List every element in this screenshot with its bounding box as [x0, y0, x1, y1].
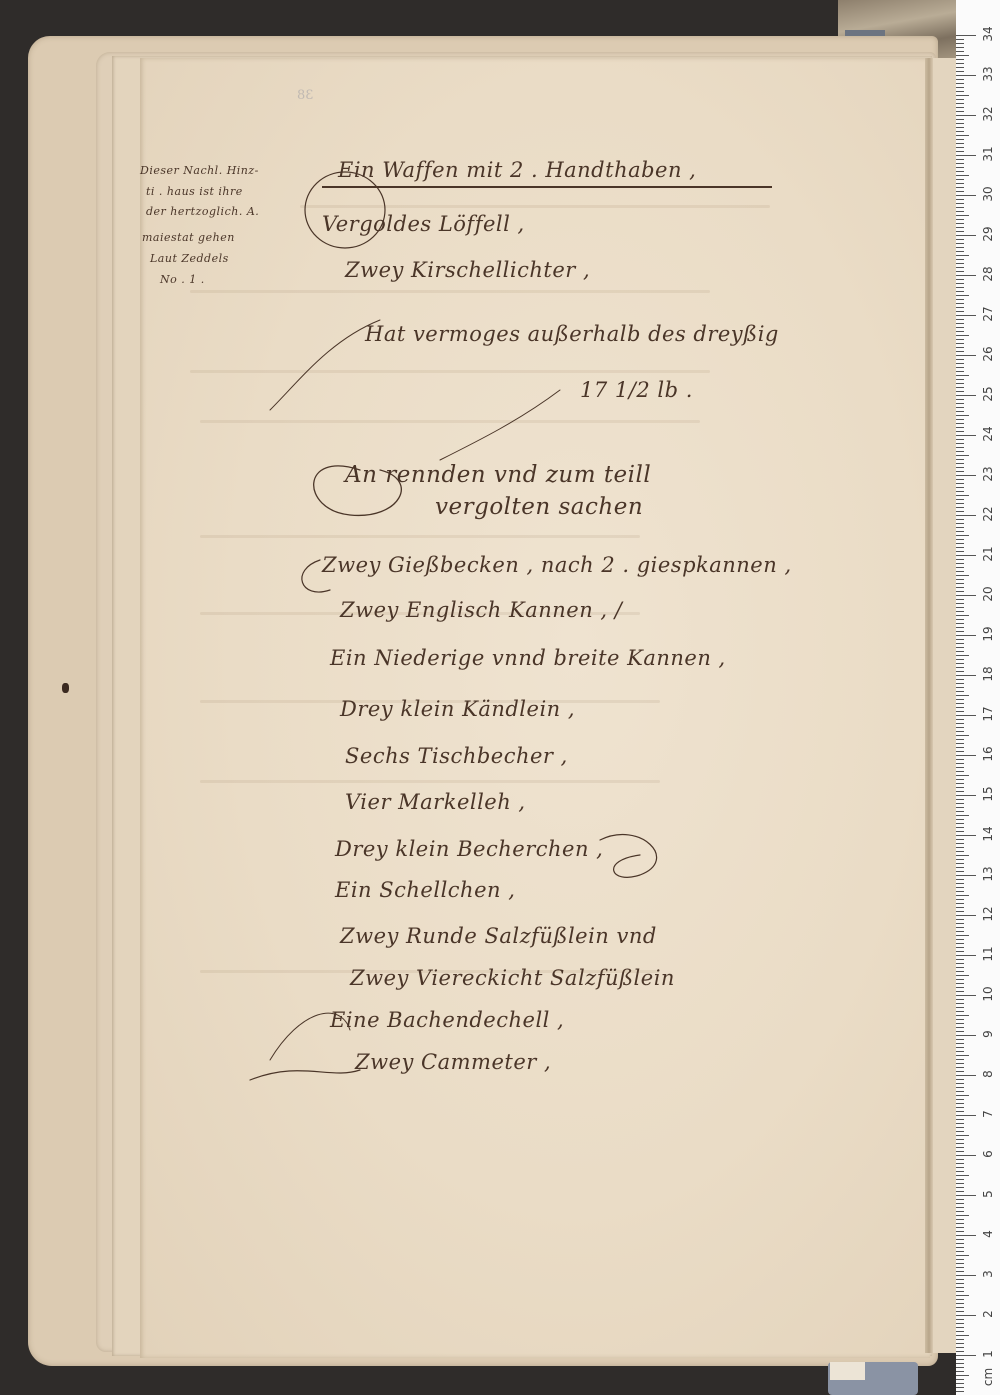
ruler-tick: [956, 135, 969, 136]
ruler-tick: [956, 195, 976, 196]
ruler-tick: [956, 587, 964, 588]
ruler-tick: [956, 1099, 964, 1100]
ruler-tick: [956, 331, 964, 332]
ruler-tick: [956, 207, 964, 208]
ruler-label: 28: [981, 264, 995, 284]
ruler-label: 25: [981, 384, 995, 404]
ruler-tick: [956, 1151, 964, 1152]
section-heading-line-1: An rennden vnd zum teill: [345, 462, 651, 488]
ruler-tick: [956, 1219, 964, 1220]
ruler-label: 5: [981, 1184, 995, 1204]
ruler-tick: [956, 539, 964, 540]
ruler-tick: [956, 311, 964, 312]
ruler-tick: [956, 979, 964, 980]
ruler-tick: [956, 91, 964, 92]
ruler-tick: [956, 515, 976, 516]
ruler-tick: [956, 811, 964, 812]
ruler-tick: [956, 127, 964, 128]
ruler-tick: [956, 551, 964, 552]
gutter-fold: [925, 58, 933, 1353]
ruler-tick: [956, 1215, 969, 1216]
ruler-tick: [956, 383, 964, 384]
ruler-tick: [956, 427, 964, 428]
ruler-tick: [956, 243, 964, 244]
ruler-tick: [956, 103, 964, 104]
ruler-tick: [956, 1031, 964, 1032]
ruler-tick: [956, 823, 964, 824]
ruler-tick: [956, 395, 976, 396]
ruler-tick: [956, 1175, 969, 1176]
ruler-tick: [956, 319, 964, 320]
list-item: Drey klein Becherchen ,: [335, 837, 603, 861]
ruler-tick: [956, 1007, 964, 1008]
ruler-tick: [956, 1083, 964, 1084]
ruler-tick: [956, 179, 964, 180]
ruler-tick: [956, 407, 964, 408]
ruler-tick: [956, 507, 964, 508]
ruler-tick: [956, 799, 964, 800]
ruler-tick: [956, 879, 964, 880]
list-item: Sechs Tischbecher ,: [345, 744, 568, 768]
ruler-tick: [956, 411, 964, 412]
ruler-tick: [956, 275, 976, 276]
ruler-tick: [956, 423, 964, 424]
ruler-tick: [956, 923, 964, 924]
ruler-tick: [956, 631, 964, 632]
ruler-tick: [956, 287, 964, 288]
ruler-tick: [956, 927, 964, 928]
ruler-tick: [956, 227, 964, 228]
ruler-tick: [956, 223, 964, 224]
ruler-tick: [956, 711, 964, 712]
margin-note-line: ti . haus ist ihre: [146, 183, 243, 200]
ruler-tick: [956, 535, 969, 536]
ruler-tick: [956, 1047, 964, 1048]
ruler-tick: [956, 987, 964, 988]
ruler-tick: [956, 543, 964, 544]
ruler-tick: [956, 659, 964, 660]
ruler-tick: [956, 643, 964, 644]
ruler-tick: [956, 983, 964, 984]
ruler-tick: [956, 863, 964, 864]
ruler-label: 24: [981, 424, 995, 444]
ruler-tick: [956, 639, 964, 640]
ruler-tick: [956, 967, 964, 968]
ruler-label: 4: [981, 1224, 995, 1244]
ruler-tick: [956, 1235, 976, 1236]
margin-note-line: No . 1 .: [160, 271, 205, 288]
ruler-tick: [956, 815, 969, 816]
ruler-tick: [956, 831, 964, 832]
ruler-tick: [956, 807, 964, 808]
ruler-tick: [956, 1187, 964, 1188]
ruler-tick: [956, 527, 964, 528]
ruler-tick: [956, 183, 964, 184]
ruler-tick: [956, 1143, 964, 1144]
ruler-tick: [956, 79, 964, 80]
ruler-tick: [956, 751, 964, 752]
ruler-tick: [956, 943, 964, 944]
margin-note-line: der hertzoglich. A.: [146, 203, 259, 220]
ruler-label: 11: [981, 944, 995, 964]
ruler-tick: [956, 775, 969, 776]
ruler-tick: [956, 75, 976, 76]
ruler-tick: [956, 743, 964, 744]
ruler-tick: [956, 403, 964, 404]
ruler-tick: [956, 547, 964, 548]
ruler-tick: [956, 175, 969, 176]
ruler-tick: [956, 159, 964, 160]
ruler-tick: [956, 47, 964, 48]
ruler-label: 33: [981, 64, 995, 84]
ruler-tick: [956, 1371, 964, 1372]
ruler-tick: [956, 1147, 964, 1148]
entry-line-1: Ein Waffen mit 2 . Handthaben ,: [338, 158, 696, 182]
ruler-tick: [956, 1283, 964, 1284]
ruler-tick: [956, 611, 964, 612]
ruler-tick: [956, 1231, 964, 1232]
list-item: Ein Schellchen ,: [335, 878, 515, 902]
ruler-tick: [956, 1291, 964, 1292]
ruler-tick: [956, 1351, 964, 1352]
ruler-tick: [956, 1327, 964, 1328]
ruler-tick: [956, 511, 964, 512]
ruler-tick: [956, 151, 964, 152]
ruler-tick: [956, 715, 976, 716]
ruler-tick: [956, 339, 964, 340]
ruler-tick: [956, 415, 969, 416]
ruler-tick: [956, 43, 964, 44]
ruler-tick: [956, 859, 964, 860]
ruler-label: 10: [981, 984, 995, 1004]
ruler-label: 19: [981, 624, 995, 644]
ruler-tick: [956, 483, 964, 484]
ruler-tick: [956, 1307, 964, 1308]
ruler-tick: [956, 915, 976, 916]
ruler-tick: [956, 683, 964, 684]
ruler-tick: [956, 1303, 964, 1304]
ruler-tick: [956, 1015, 969, 1016]
ruler-tick: [956, 387, 964, 388]
ruler-tick: [956, 335, 969, 336]
ruler-tick: [956, 767, 964, 768]
ruler-tick: [956, 919, 964, 920]
ruler-tick: [956, 931, 964, 932]
ruler-tick: [956, 1315, 976, 1316]
bottom-paper-slip: [830, 1362, 865, 1380]
ruler-tick: [956, 763, 964, 764]
ruler-tick: [956, 1163, 964, 1164]
entry-line-4: Hat vermoges außerhalb des dreyßig: [365, 322, 779, 346]
ruler-tick: [956, 219, 964, 220]
ruler-tick: [956, 559, 964, 560]
ruler-tick: [956, 555, 976, 556]
ruler-tick: [956, 671, 964, 672]
ruler-tick: [956, 123, 964, 124]
ruler-tick: [956, 1127, 964, 1128]
bleed-through: [200, 780, 660, 783]
ruler-tick: [956, 759, 964, 760]
ruler-tick: [956, 1131, 964, 1132]
ruler-tick: [956, 951, 964, 952]
ruler-label: 17: [981, 704, 995, 724]
ruler-tick: [956, 1059, 964, 1060]
ruler-tick: [956, 439, 964, 440]
ruler-tick: [956, 419, 964, 420]
ruler-tick: [956, 171, 964, 172]
ruler-tick: [956, 115, 976, 116]
ruler-tick: [956, 571, 964, 572]
ruler-tick: [956, 627, 964, 628]
ruler-tick: [956, 739, 964, 740]
ruler-tick: [956, 847, 964, 848]
ruler-tick: [956, 619, 964, 620]
ruler-tick: [956, 871, 964, 872]
ruler-tick: [956, 235, 976, 236]
ruler-tick: [956, 755, 976, 756]
ruler-label: 6: [981, 1144, 995, 1164]
bleed-through: [200, 535, 640, 538]
ruler-tick: [956, 355, 976, 356]
ruler-tick: [956, 1255, 969, 1256]
list-item: Zwey Cammeter ,: [355, 1050, 551, 1074]
ruler-tick: [956, 191, 964, 192]
ruler-tick: [956, 495, 969, 496]
ruler-tick: [956, 1383, 964, 1384]
ruler-tick: [956, 803, 964, 804]
ruler-tick: [956, 855, 969, 856]
entry-sum: 17 1/2 lb .: [580, 378, 693, 402]
ruler-tick: [956, 1267, 964, 1268]
measurement-ruler: cm 1234567891011121314151617181920212223…: [956, 0, 1000, 1395]
ruler-tick: [956, 795, 976, 796]
ruler-tick: [956, 747, 964, 748]
heading-underline: [322, 186, 772, 188]
ruler-tick: [956, 131, 964, 132]
ruler-label: 22: [981, 504, 995, 524]
ruler-tick: [956, 71, 964, 72]
ruler-tick: [956, 399, 964, 400]
ruler-label: 8: [981, 1064, 995, 1084]
ruler-tick: [956, 247, 964, 248]
ruler-tick: [956, 351, 964, 352]
ruler-tick: [956, 1355, 976, 1356]
ruler-tick: [956, 1287, 964, 1288]
gutter-strip: [933, 58, 957, 1353]
ruler-tick: [956, 1039, 964, 1040]
ruler-tick: [956, 1107, 964, 1108]
ruler-tick: [956, 843, 964, 844]
ruler-tick: [956, 435, 976, 436]
ruler-tick: [956, 1075, 976, 1076]
ruler-tick: [956, 1323, 964, 1324]
ruler-tick: [956, 367, 964, 368]
bleed-through: [190, 290, 710, 293]
list-item: Eine Bachendechell ,: [330, 1008, 564, 1032]
ruler-tick: [956, 623, 964, 624]
ruler-tick: [956, 1135, 969, 1136]
ruler-tick: [956, 283, 964, 284]
ruler-tick: [956, 139, 964, 140]
ruler-label: 27: [981, 304, 995, 324]
ruler-tick: [956, 379, 964, 380]
ruler-tick: [956, 391, 964, 392]
ruler-tick: [956, 167, 964, 168]
ruler-label: 31: [981, 144, 995, 164]
ruler-tick: [956, 519, 964, 520]
ruler-tick: [956, 259, 964, 260]
ruler-tick: [956, 907, 964, 908]
ruler-tick: [956, 1331, 964, 1332]
ruler-tick: [956, 523, 964, 524]
ruler-tick: [956, 99, 964, 100]
ruler-tick: [956, 851, 964, 852]
entry-line-2: Vergoldes Löffell ,: [322, 212, 525, 236]
ruler-tick: [956, 291, 964, 292]
ruler-tick: [956, 1247, 964, 1248]
ruler-tick: [956, 1335, 969, 1336]
ruler-tick: [956, 771, 964, 772]
ruler-tick: [956, 1207, 964, 1208]
ruler-label: 12: [981, 904, 995, 924]
ruler-tick: [956, 791, 964, 792]
ruler-tick: [956, 1279, 964, 1280]
ruler-tick: [956, 239, 964, 240]
ruler-tick: [956, 703, 964, 704]
ruler-label: 7: [981, 1104, 995, 1124]
ruler-tick: [956, 1035, 976, 1036]
ruler-tick: [956, 459, 964, 460]
ruler-tick: [956, 1115, 976, 1116]
ruler-unit-label: cm: [981, 1367, 995, 1387]
ruler-tick: [956, 1167, 964, 1168]
ruler-label: 3: [981, 1264, 995, 1284]
list-item: Zwey Runde Salzfüßlein vnd: [340, 924, 657, 948]
ruler-tick: [956, 307, 964, 308]
ruler-tick: [956, 999, 964, 1000]
ruler-tick: [956, 1367, 964, 1368]
ruler-tick: [956, 1155, 976, 1156]
ruler-tick: [956, 1103, 964, 1104]
ruler-tick: [956, 1139, 964, 1140]
ruler-tick: [956, 735, 969, 736]
ruler-tick: [956, 667, 964, 668]
ruler-tick: [956, 1311, 964, 1312]
ruler-tick: [956, 647, 964, 648]
ruler-tick: [956, 991, 964, 992]
ruler-tick: [956, 723, 964, 724]
ruler-tick: [956, 1343, 964, 1344]
ruler-tick: [956, 975, 969, 976]
ruler-tick: [956, 199, 964, 200]
ruler-tick: [956, 431, 964, 432]
ruler-tick: [956, 1051, 964, 1052]
ruler-tick: [956, 55, 969, 56]
ruler-label: 21: [981, 544, 995, 564]
ruler-tick: [956, 1063, 964, 1064]
ruler-tick: [956, 911, 964, 912]
ruler-tick: [956, 475, 976, 476]
ruler-tick: [956, 39, 964, 40]
folio-number-ghost: 38: [297, 88, 314, 103]
ruler-tick: [956, 1363, 964, 1364]
ruler-tick: [956, 447, 964, 448]
ruler-tick: [956, 1159, 964, 1160]
ruler-tick: [956, 1263, 964, 1264]
ruler-tick: [956, 267, 964, 268]
ruler-tick: [956, 463, 964, 464]
ruler-tick: [956, 499, 964, 500]
ruler-label: 26: [981, 344, 995, 364]
ruler-tick: [956, 343, 964, 344]
list-item: Zwey Gießbecken , nach 2 . giespkannen ,: [322, 553, 792, 577]
margin-note-line: Laut Zeddels: [150, 250, 229, 267]
margin-note-line: Dieser Nachl. Hinz-: [140, 162, 259, 179]
ruler-tick: [956, 323, 964, 324]
ruler-tick: [956, 787, 964, 788]
ruler-tick: [956, 963, 964, 964]
ruler-tick: [956, 1091, 964, 1092]
ruler-tick: [956, 783, 964, 784]
ruler-tick: [956, 531, 964, 532]
list-item: Ein Niederige vnnd breite Kannen ,: [330, 646, 726, 670]
ruler-tick: [956, 375, 969, 376]
ruler-tick: [956, 1223, 964, 1224]
ruler-tick: [956, 1391, 964, 1392]
list-item: Zwey Englisch Kannen , /: [340, 598, 622, 622]
ruler-label: 18: [981, 664, 995, 684]
ruler-tick: [956, 251, 964, 252]
ruler-tick: [956, 579, 964, 580]
ruler-tick: [956, 959, 964, 960]
ruler-tick: [956, 1275, 976, 1276]
ruler-tick: [956, 595, 976, 596]
ruler-label: 34: [981, 24, 995, 44]
margin-note-line: maiestat gehen: [142, 229, 235, 246]
ruler-tick: [956, 1043, 964, 1044]
ruler-tick: [956, 1023, 964, 1024]
ruler-tick: [956, 887, 964, 888]
ruler-tick: [956, 1227, 964, 1228]
ruler-tick: [956, 87, 964, 88]
ruler-tick: [956, 279, 964, 280]
ruler-tick: [956, 707, 964, 708]
ruler-tick: [956, 567, 964, 568]
ruler-tick: [956, 503, 964, 504]
ruler-tick: [956, 51, 964, 52]
ruler-tick: [956, 679, 964, 680]
ruler-tick: [956, 347, 964, 348]
ruler-tick: [956, 895, 969, 896]
ruler-tick: [956, 575, 969, 576]
ruler-tick: [956, 935, 969, 936]
ruler-tick: [956, 451, 964, 452]
ruler-tick: [956, 59, 964, 60]
ruler-tick: [956, 1183, 964, 1184]
ruler-tick: [956, 1319, 964, 1320]
ruler-tick: [956, 1271, 964, 1272]
ruler-tick: [956, 1211, 964, 1212]
ruler-tick: [956, 35, 976, 36]
ruler-tick: [956, 1195, 976, 1196]
list-item: Zwey Viereckicht Salzfüßlein: [350, 966, 675, 990]
ruler-tick: [956, 1111, 964, 1112]
ruler-tick: [956, 83, 964, 84]
ruler-tick: [956, 635, 976, 636]
ruler-tick: [956, 147, 964, 148]
ruler-tick: [956, 143, 964, 144]
section-heading-line-2: vergolten sachen: [435, 494, 643, 520]
